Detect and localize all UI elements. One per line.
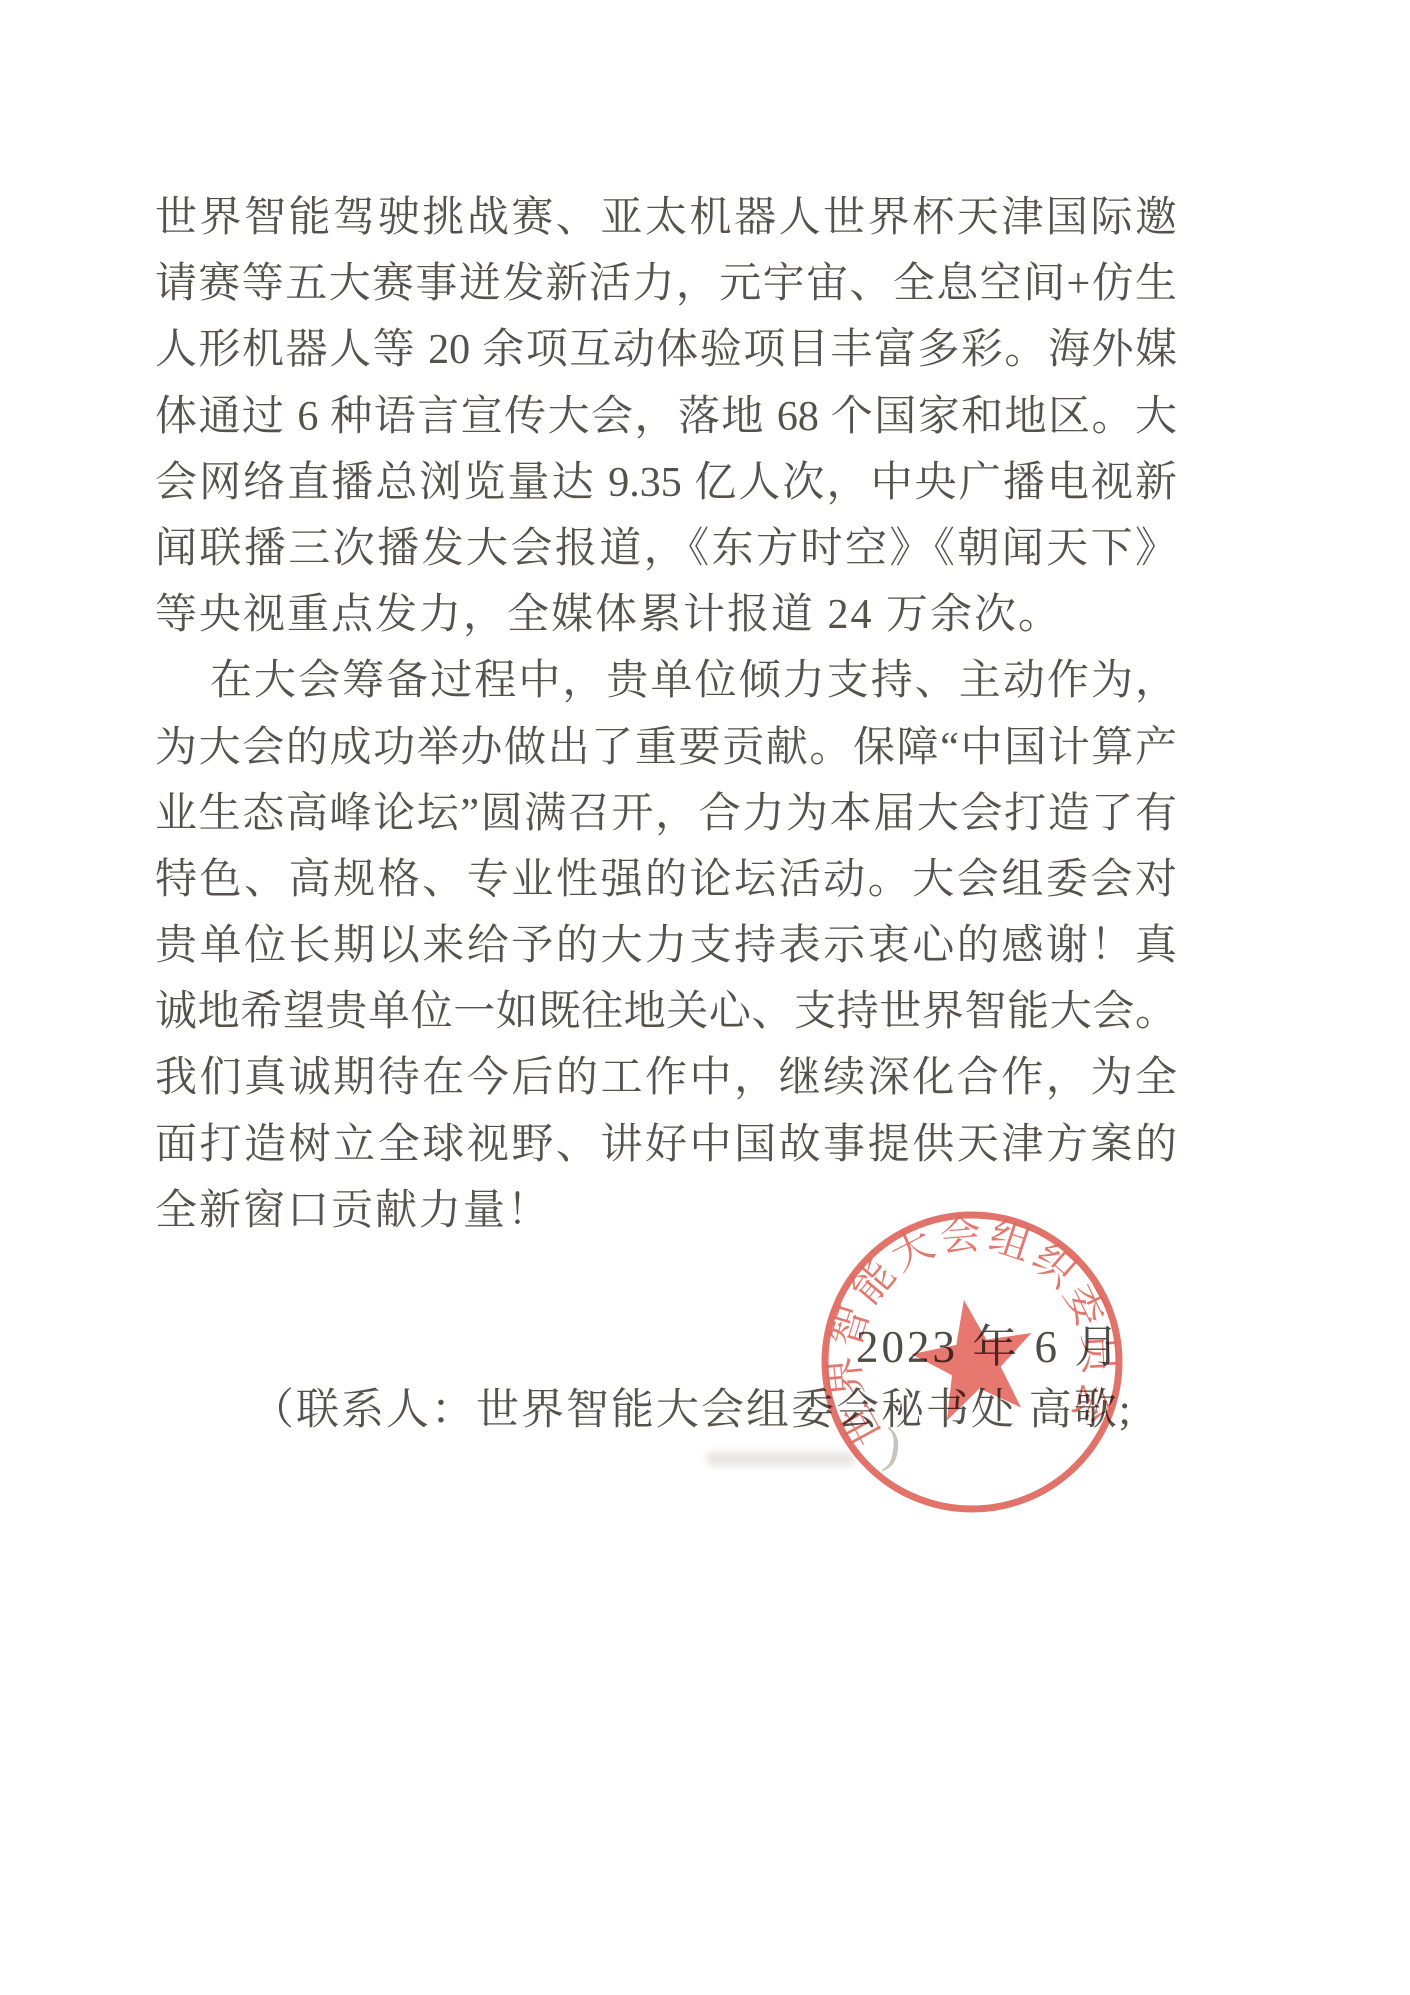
body-text-line: 会网络直播总浏览量达 9.35 亿人次，中央广播电视新: [155, 450, 1177, 516]
body-text-line: 面打造树立全球视野、讲好中国故事提供天津方案的: [155, 1112, 1177, 1178]
faded-ink-smudge: [706, 1452, 856, 1466]
letter-body: 世界智能驾驶挑战赛、亚太机器人世界杯天津国际邀请赛等五大赛事迸发新活力，元宇宙、…: [155, 185, 1177, 1244]
body-text-line: 业生态高峰论坛”圆满召开，合力为本届大会打造了有: [155, 781, 1177, 847]
body-text-line: 贵单位长期以来给予的大力支持表示衷心的感谢！真: [155, 913, 1177, 979]
body-text-line: 在大会筹备过程中，贵单位倾力支持、主动作为，: [155, 648, 1177, 714]
body-text-line: 体通过 6 种语言宣传大会，落地 68 个国家和地区。大: [155, 384, 1177, 450]
body-text-line: 为大会的成功举办做出了重要贡献。保障“中国计算产: [155, 715, 1177, 781]
date-line: 2023 年 6 月: [856, 1310, 1122, 1375]
body-text-line: 世界智能驾驶挑战赛、亚太机器人世界杯天津国际邀: [155, 185, 1177, 251]
letter-page: 世界智能驾驶挑战赛、亚太机器人世界杯天津国际邀请赛等五大赛事迸发新活力，元宇宙、…: [0, 0, 1410, 1995]
body-text-line: 我们真诚期待在今后的工作中，继续深化合作，为全: [155, 1045, 1177, 1111]
body-text-line: 闻联播三次播发大会报道，《东方时空》《朝闻天下》: [155, 516, 1177, 582]
contact-line: （联系人：世界智能大会组委会秘书处 高歌;: [251, 1376, 1133, 1437]
body-text-line: 人形机器人等 20 余项互动体验项目丰富多彩。海外媒: [155, 317, 1177, 383]
body-text-line: 诚地希望贵单位一如既往地关心、支持世界智能大会。: [155, 979, 1177, 1045]
body-text-line: 等央视重点发力，全媒体累计报道 24 万余次。: [155, 582, 1177, 648]
body-text-line: 特色、高规格、专业性强的论坛活动。大会组委会对: [155, 847, 1177, 913]
body-text-line: 全新窗口贡献力量！: [155, 1178, 1177, 1244]
body-text-line: 请赛等五大赛事迸发新活力，元宇宙、全息空间+仿生: [155, 251, 1177, 317]
